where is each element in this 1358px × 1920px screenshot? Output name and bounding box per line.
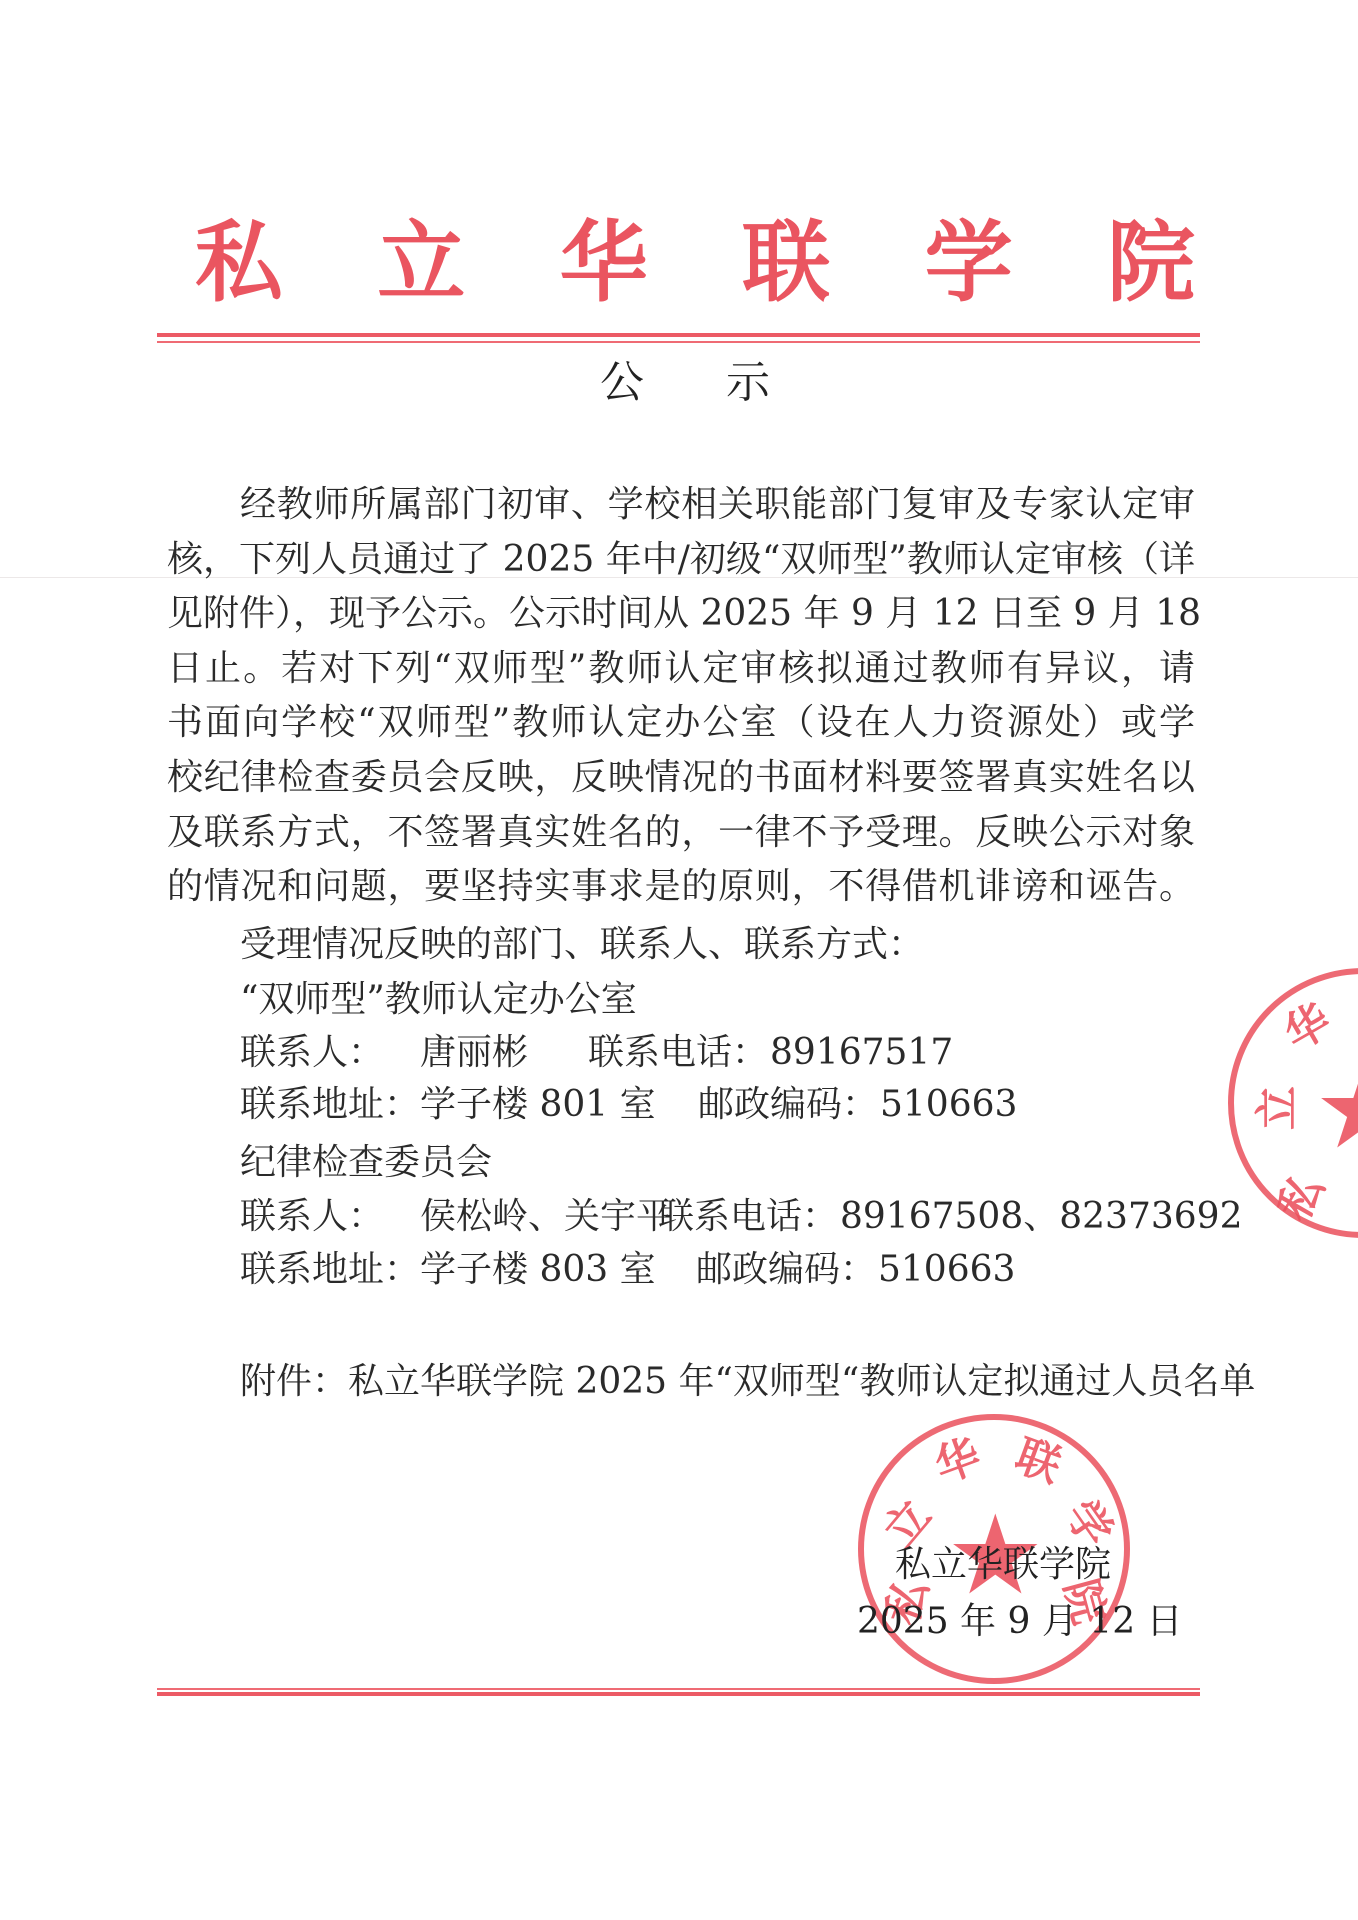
attachment-row: 附件： 私立华联学院 2025 年“双师型“教师认定拟通过人员名单	[240, 1357, 1200, 1407]
letterhead-char: 立	[377, 212, 465, 312]
body-line: 校纪律检查委员会反映，反映情况的书面材料要签署真实姓名以	[167, 753, 1195, 803]
signature-organization: 私立华联学院	[895, 1540, 1107, 1590]
letterhead-title: 私 立 华 联 学 院	[195, 212, 1195, 312]
contact-phone: 89167517	[770, 1028, 953, 1078]
contact-person-label: 联系人：	[240, 1192, 384, 1242]
contact-postcode-label: 邮政编码：	[698, 1080, 878, 1130]
contact-phone-label: 联系电话：	[658, 1192, 838, 1242]
footer-rule-thick	[157, 1692, 1200, 1696]
notice-title: 公 示	[600, 355, 770, 411]
contact-person: 侯松岭、关宇平	[420, 1192, 672, 1242]
signature-date: 2025 年 9 月 12 日	[857, 1597, 1183, 1647]
attachment-link[interactable]: 私立华联学院 2025 年“双师型“教师认定拟通过人员名单	[348, 1357, 1255, 1407]
letterhead-rule-thin	[157, 341, 1200, 343]
notice-title-char: 公	[600, 355, 644, 411]
contact-address-label: 联系地址：	[240, 1080, 420, 1130]
attachment-label: 附件：	[240, 1357, 348, 1407]
contact-department: 纪律检查委员会	[240, 1138, 492, 1188]
seal-star-icon: ★	[1314, 1054, 1358, 1164]
contact-address: 学子楼 803 室	[420, 1245, 656, 1295]
contact-postcode: 510663	[880, 1080, 1017, 1130]
notice-title-char: 示	[726, 355, 770, 411]
contact-phone-label: 联系电话：	[588, 1028, 768, 1078]
body-line: 日止。若对下列“双师型”教师认定审核拟通过教师有异议，请	[167, 644, 1195, 694]
body-line: 经教师所属部门初审、学校相关职能部门复审及专家认定审	[240, 480, 1195, 530]
contact-address-label: 联系地址：	[240, 1245, 420, 1295]
contacts-intro: 受理情况反映的部门、联系人、联系方式：	[240, 920, 924, 970]
seal-char: 联	[1007, 1431, 1069, 1493]
seal-char: 立	[1254, 1084, 1302, 1132]
contact-department: “双师型”教师认定办公室	[240, 975, 637, 1025]
letterhead-char: 私	[195, 212, 283, 312]
contact-postcode-label: 邮政编码：	[696, 1245, 876, 1295]
letterhead-char: 院	[1107, 212, 1195, 312]
document-page: 私 立 华 联 学 院 公 示 经教师所属部门初审、学校相关职能部门复审及专家认…	[0, 0, 1358, 1920]
seal-char: 华	[927, 1431, 989, 1493]
letterhead-char: 联	[742, 212, 830, 312]
body-line: 书面向学校“双师型”教师认定办公室（设在人力资源处）或学	[167, 698, 1195, 748]
letterhead-rule-thick	[157, 333, 1200, 337]
contact-address: 学子楼 801 室	[420, 1080, 656, 1130]
body-line: 核，下列人员通过了 2025 年中/初级“双师型”教师认定审核（详	[167, 535, 1195, 585]
contact-person-row: 联系人： 侯松岭、关宇平 联系电话： 89167508、82373692	[240, 1192, 1200, 1242]
contact-phone: 89167508、82373692	[840, 1192, 1242, 1242]
seal-char: 私	[1269, 1165, 1335, 1231]
contact-postcode: 510663	[878, 1245, 1015, 1295]
footer-rule-thin	[157, 1688, 1200, 1690]
contact-person-row: 联系人： 唐丽彬 联系电话： 89167517	[240, 1028, 1200, 1078]
letterhead-char: 学	[925, 212, 1013, 312]
official-seal-right: 私 立 华 ★	[1228, 968, 1358, 1238]
contact-person: 唐丽彬	[420, 1028, 528, 1078]
body-line: 及联系方式，不签署真实姓名的，一律不予受理。反映公示对象	[167, 808, 1195, 858]
body-line: 的情况和问题，要坚持实事求是的原则，不得借机诽谤和诬告。	[167, 862, 1195, 912]
contact-person-label: 联系人：	[240, 1028, 384, 1078]
contact-address-row: 联系地址： 学子楼 803 室 邮政编码： 510663	[240, 1245, 1200, 1295]
body-line: 见附件），现予公示。公示时间从 2025 年 9 月 12 日至 9 月 18	[167, 589, 1195, 639]
letterhead-char: 华	[560, 212, 648, 312]
contact-address-row: 联系地址： 学子楼 801 室 邮政编码： 510663	[240, 1080, 1200, 1130]
